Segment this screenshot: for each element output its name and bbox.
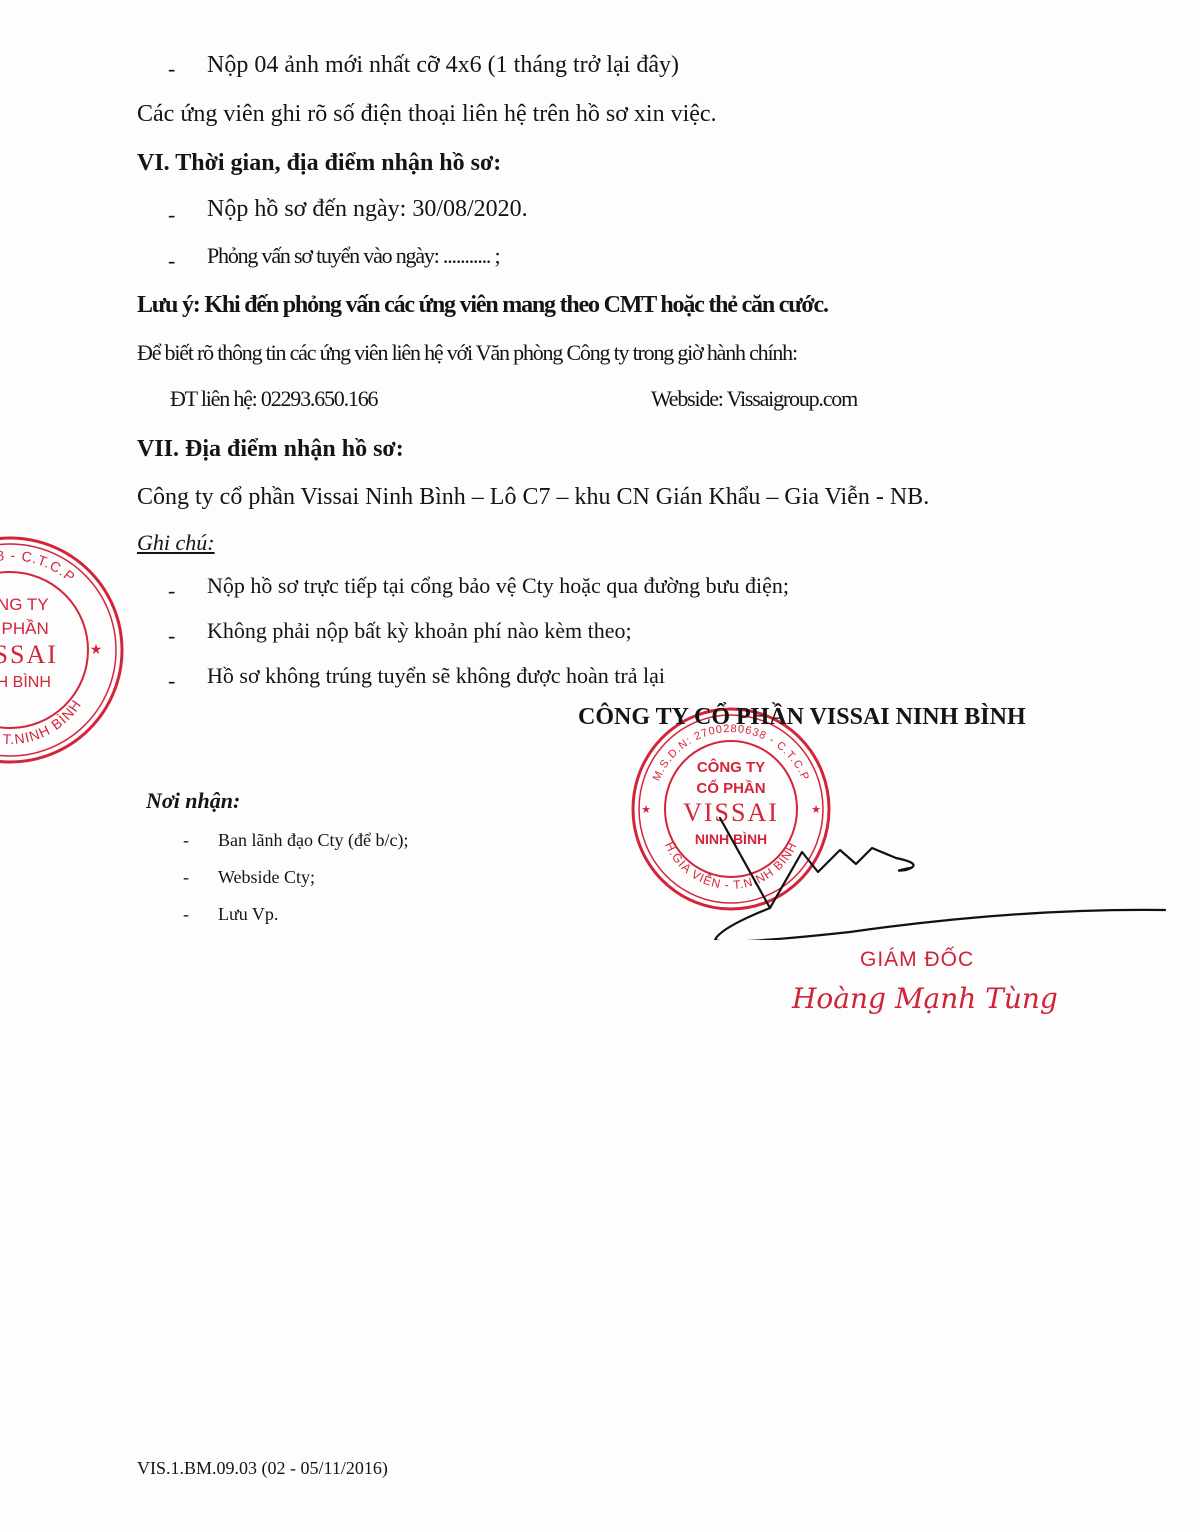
note-item: Nộp hồ sơ trực tiếp tại cổng bảo vệ Cty … (207, 573, 789, 599)
note-bold: Lưu ý: Khi đến phỏng vấn các ứng viên ma… (137, 292, 828, 319)
recipients-label: Nơi nhận: (146, 788, 240, 814)
svg-text:★: ★ (90, 643, 103, 658)
address-line: Công ty cổ phần Vissai Ninh Bình – Lô C7… (137, 484, 929, 511)
bullet-dash: - (168, 578, 175, 604)
phone-note: Các ứng viên ghi rõ số điện thoại liên h… (137, 101, 717, 128)
bullet-dash: - (168, 623, 175, 649)
bullet-dash: - (168, 248, 175, 274)
deadline-item: Nộp hồ sơ đến ngày: 30/08/2020. (207, 196, 528, 223)
photo-requirement: Nộp 04 ảnh mới nhất cỡ 4x6 (1 tháng trở … (207, 52, 679, 79)
interview-item: Phỏng vấn sơ tuyển vào ngày: ...........… (207, 243, 499, 269)
bullet-dash: - (168, 56, 175, 82)
svg-text:CÔNG TY: CÔNG TY (0, 595, 49, 614)
form-code: VIS.1.BM.09.03 (02 - 05/11/2016) (137, 1458, 388, 1479)
contact-website: Webside: Vissaigroup.com (651, 386, 857, 412)
bullet-dash: - (183, 830, 189, 851)
bullet-dash: - (168, 202, 175, 228)
svg-text:NINH BÌNH: NINH BÌNH (0, 672, 51, 691)
contact-phone: ĐT liên hệ: 02293.650.166 (170, 386, 377, 412)
section-vi-heading: VI. Thời gian, địa điểm nhận hồ sơ: (137, 150, 501, 177)
recipient-item: Lưu Vp. (218, 904, 278, 925)
signer-title: GIÁM ĐỐC (860, 948, 974, 972)
bullet-dash: - (168, 668, 175, 694)
signer-name: Hoàng Mạnh Tùng (792, 982, 1058, 1015)
bullet-dash: - (183, 867, 189, 888)
svg-text:CỔ PHẦN: CỔ PHẦN (0, 619, 49, 638)
bullet-dash: - (183, 904, 189, 925)
svg-text:VISSAI: VISSAI (0, 640, 58, 669)
recipient-item: Webside Cty; (218, 867, 315, 888)
company-seal-left: 0280638 - C.T.C.P VIỄN - T.NINH BÌNH ★ C… (0, 530, 130, 770)
note-item: Không phải nộp bất kỳ khoản phí nào kèm … (207, 618, 632, 644)
recipient-item: Ban lãnh đạo Cty (để b/c); (218, 830, 408, 851)
company-signature-name: CÔNG TY CỔ PHẦN VISSAI NINH BÌNH (578, 704, 1026, 731)
signature-scribble (600, 760, 1170, 940)
info-line: Để biết rõ thông tin các ứng viên liên h… (137, 340, 797, 366)
note-item: Hồ sơ không trúng tuyển sẽ không được ho… (207, 663, 665, 689)
ghi-chu-label: Ghi chú: (137, 530, 215, 556)
section-vii-heading: VII. Địa điểm nhận hồ sơ: (137, 436, 404, 463)
